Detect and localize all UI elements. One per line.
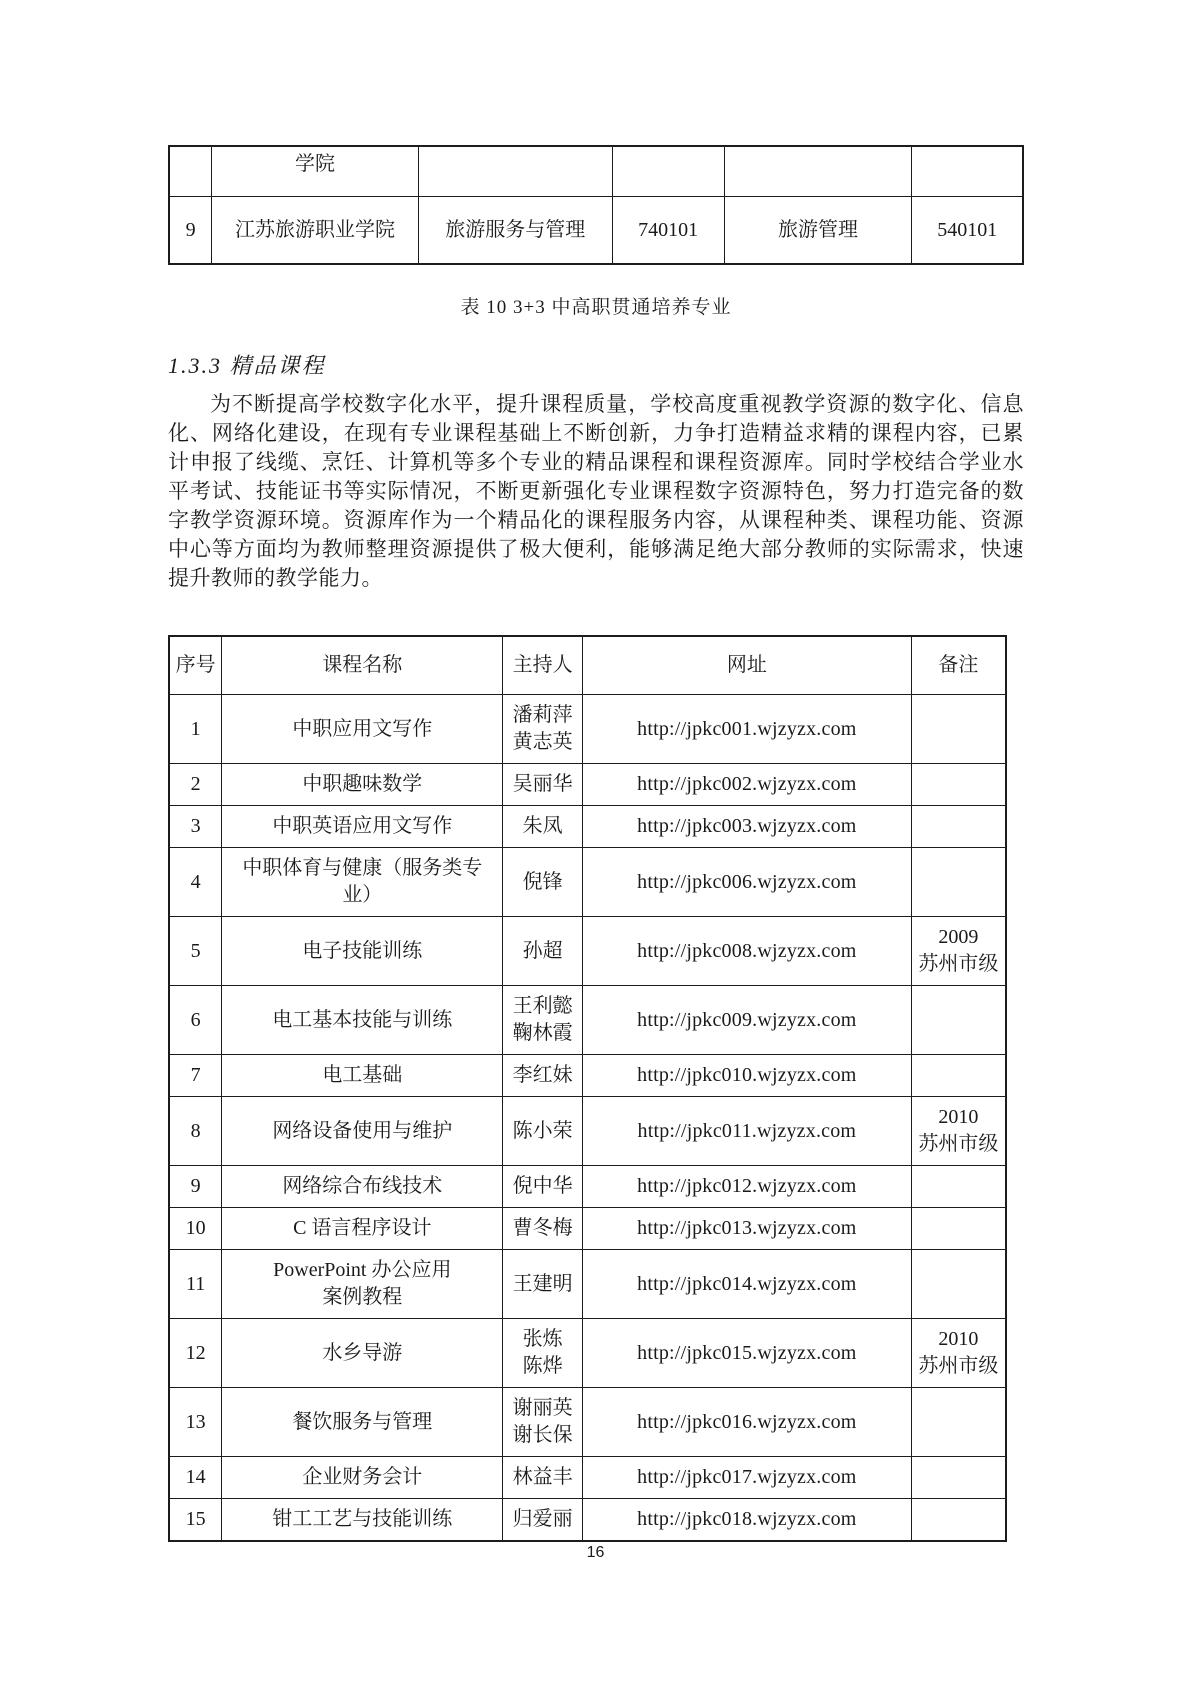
cell-remark bbox=[911, 1499, 1006, 1542]
cell-name: 中职英语应用文写作 bbox=[222, 806, 503, 848]
cell-no: 14 bbox=[169, 1457, 222, 1499]
cell-url: http://jpkc002.wjzyzx.com bbox=[582, 764, 911, 806]
cell-url: http://jpkc014.wjzyzx.com bbox=[582, 1250, 911, 1319]
cell-host: 朱凤 bbox=[503, 806, 583, 848]
cell-name: 电工基本技能与训练 bbox=[222, 986, 503, 1055]
cell-url: http://jpkc017.wjzyzx.com bbox=[582, 1457, 911, 1499]
table-row: 5 电子技能训练 孙超 http://jpkc008.wjzyzx.com 20… bbox=[169, 917, 1006, 986]
table-row: 15 钳工工艺与技能训练 归爱丽 http://jpkc018.wjzyzx.c… bbox=[169, 1499, 1006, 1542]
column-header-name: 课程名称 bbox=[222, 636, 503, 695]
cell-name: 网络综合布线技术 bbox=[222, 1166, 503, 1208]
cell-name: PowerPoint 办公应用 案例教程 bbox=[222, 1250, 503, 1319]
cell-no: 6 bbox=[169, 986, 222, 1055]
document-page: 学院 9 江苏旅游职业学院 旅游服务与管理 740101 旅游管理 540101… bbox=[0, 0, 1191, 1684]
cell-host: 王建明 bbox=[503, 1250, 583, 1319]
cell-host: 孙超 bbox=[503, 917, 583, 986]
cell-host: 倪中华 bbox=[503, 1166, 583, 1208]
table-cell bbox=[724, 146, 912, 197]
cell-host: 谢丽英 谢长保 bbox=[503, 1388, 583, 1457]
cell-name: C 语言程序设计 bbox=[222, 1208, 503, 1250]
cell-remark bbox=[911, 806, 1006, 848]
table-row: 3 中职英语应用文写作 朱凤 http://jpkc003.wjzyzx.com bbox=[169, 806, 1006, 848]
table-cell: 9 bbox=[169, 197, 212, 265]
table-row: 11 PowerPoint 办公应用 案例教程 王建明 http://jpkc0… bbox=[169, 1250, 1006, 1319]
cell-no: 8 bbox=[169, 1097, 222, 1166]
cell-remark bbox=[911, 695, 1006, 764]
cell-no: 3 bbox=[169, 806, 222, 848]
column-header-no: 序号 bbox=[169, 636, 222, 695]
cell-no: 11 bbox=[169, 1250, 222, 1319]
cell-no: 5 bbox=[169, 917, 222, 986]
cell-remark: 2010 苏州市级 bbox=[911, 1097, 1006, 1166]
table-row: 7 电工基础 李红妹 http://jpkc010.wjzyzx.com bbox=[169, 1055, 1006, 1097]
cell-url: http://jpkc008.wjzyzx.com bbox=[582, 917, 911, 986]
table-row: 6 电工基本技能与训练 王利懿 鞠林霞 http://jpkc009.wjzyz… bbox=[169, 986, 1006, 1055]
column-header-remark: 备注 bbox=[911, 636, 1006, 695]
cell-url: http://jpkc006.wjzyzx.com bbox=[582, 848, 911, 917]
cell-name: 中职应用文写作 bbox=[222, 695, 503, 764]
cell-name: 电工基础 bbox=[222, 1055, 503, 1097]
cell-url: http://jpkc003.wjzyzx.com bbox=[582, 806, 911, 848]
cell-no: 7 bbox=[169, 1055, 222, 1097]
cell-name: 水乡导游 bbox=[222, 1319, 503, 1388]
cell-host: 潘莉萍 黄志英 bbox=[503, 695, 583, 764]
cell-remark bbox=[911, 764, 1006, 806]
cell-remark: 2010 苏州市级 bbox=[911, 1319, 1006, 1388]
cell-host: 归爱丽 bbox=[503, 1499, 583, 1542]
table-row: 8 网络设备使用与维护 陈小荣 http://jpkc011.wjzyzx.co… bbox=[169, 1097, 1006, 1166]
table-cell: 740101 bbox=[612, 197, 724, 265]
table-row: 9 网络综合布线技术 倪中华 http://jpkc012.wjzyzx.com bbox=[169, 1166, 1006, 1208]
cell-host: 王利懿 鞠林霞 bbox=[503, 986, 583, 1055]
cell-name: 中职体育与健康（服务类专 业） bbox=[222, 848, 503, 917]
cell-name: 企业财务会计 bbox=[222, 1457, 503, 1499]
cell-host: 陈小荣 bbox=[503, 1097, 583, 1166]
cell-url: http://jpkc016.wjzyzx.com bbox=[582, 1388, 911, 1457]
table-cell: 旅游管理 bbox=[724, 197, 912, 265]
table-row: 13 餐饮服务与管理 谢丽英 谢长保 http://jpkc016.wjzyzx… bbox=[169, 1388, 1006, 1457]
cell-remark bbox=[911, 1166, 1006, 1208]
cell-name: 钳工工艺与技能训练 bbox=[222, 1499, 503, 1542]
cell-no: 1 bbox=[169, 695, 222, 764]
table-row: 1 中职应用文写作 潘莉萍 黄志英 http://jpkc001.wjzyzx.… bbox=[169, 695, 1006, 764]
cell-url: http://jpkc001.wjzyzx.com bbox=[582, 695, 911, 764]
cell-remark bbox=[911, 986, 1006, 1055]
cell-host: 李红妹 bbox=[503, 1055, 583, 1097]
cell-url: http://jpkc010.wjzyzx.com bbox=[582, 1055, 911, 1097]
table-cell: 江苏旅游职业学院 bbox=[212, 197, 419, 265]
cell-name: 餐饮服务与管理 bbox=[222, 1388, 503, 1457]
table-row: 14 企业财务会计 林益丰 http://jpkc017.wjzyzx.com bbox=[169, 1457, 1006, 1499]
page-number: 16 bbox=[0, 1544, 1191, 1562]
cell-host: 林益丰 bbox=[503, 1457, 583, 1499]
majors-table-continuation: 学院 9 江苏旅游职业学院 旅游服务与管理 740101 旅游管理 540101 bbox=[168, 145, 1024, 265]
cell-no: 13 bbox=[169, 1388, 222, 1457]
table-row: 4 中职体育与健康（服务类专 业） 倪锋 http://jpkc006.wjzy… bbox=[169, 848, 1006, 917]
cell-no: 2 bbox=[169, 764, 222, 806]
cell-name: 电子技能训练 bbox=[222, 917, 503, 986]
cell-no: 15 bbox=[169, 1499, 222, 1542]
cell-remark bbox=[911, 1055, 1006, 1097]
courses-table-body: 1 中职应用文写作 潘莉萍 黄志英 http://jpkc001.wjzyzx.… bbox=[169, 695, 1006, 1542]
cell-remark: 2009 苏州市级 bbox=[911, 917, 1006, 986]
cell-url: http://jpkc009.wjzyzx.com bbox=[582, 986, 911, 1055]
cell-host: 吴丽华 bbox=[503, 764, 583, 806]
cell-no: 10 bbox=[169, 1208, 222, 1250]
cell-remark bbox=[911, 1457, 1006, 1499]
cell-no: 12 bbox=[169, 1319, 222, 1388]
courses-table-header-row: 序号 课程名称 主持人 网址 备注 bbox=[169, 636, 1006, 695]
table-row: 10 C 语言程序设计 曹冬梅 http://jpkc013.wjzyzx.co… bbox=[169, 1208, 1006, 1250]
cell-remark bbox=[911, 848, 1006, 917]
cell-url: http://jpkc012.wjzyzx.com bbox=[582, 1166, 911, 1208]
cell-url: http://jpkc018.wjzyzx.com bbox=[582, 1499, 911, 1542]
table-row: 9 江苏旅游职业学院 旅游服务与管理 740101 旅游管理 540101 bbox=[169, 197, 1023, 265]
page-content: 学院 9 江苏旅游职业学院 旅游服务与管理 740101 旅游管理 540101… bbox=[168, 145, 1024, 1542]
table-cell bbox=[612, 146, 724, 197]
cell-no: 9 bbox=[169, 1166, 222, 1208]
table-cell: 学院 bbox=[212, 146, 419, 197]
cell-name: 网络设备使用与维护 bbox=[222, 1097, 503, 1166]
cell-no: 4 bbox=[169, 848, 222, 917]
cell-remark bbox=[911, 1208, 1006, 1250]
cell-remark bbox=[911, 1388, 1006, 1457]
cell-host: 张炼 陈烨 bbox=[503, 1319, 583, 1388]
table-cell bbox=[169, 146, 212, 197]
body-paragraph: 为不断提高学校数字化水平，提升课程质量，学校高度重视教学资源的数字化、信息化、网… bbox=[168, 390, 1024, 593]
table-cell bbox=[418, 146, 612, 197]
table-cell bbox=[912, 146, 1023, 197]
cell-url: http://jpkc015.wjzyzx.com bbox=[582, 1319, 911, 1388]
table-row: 12 水乡导游 张炼 陈烨 http://jpkc015.wjzyzx.com … bbox=[169, 1319, 1006, 1388]
cell-host: 曹冬梅 bbox=[503, 1208, 583, 1250]
table-cell: 540101 bbox=[912, 197, 1023, 265]
cell-host: 倪锋 bbox=[503, 848, 583, 917]
column-header-url: 网址 bbox=[582, 636, 911, 695]
table-row: 学院 bbox=[169, 146, 1023, 197]
table-row: 2 中职趣味数学 吴丽华 http://jpkc002.wjzyzx.com bbox=[169, 764, 1006, 806]
table-cell: 旅游服务与管理 bbox=[418, 197, 612, 265]
cell-remark bbox=[911, 1250, 1006, 1319]
courses-table: 序号 课程名称 主持人 网址 备注 1 中职应用文写作 潘莉萍 黄志英 http… bbox=[168, 635, 1007, 1542]
cell-url: http://jpkc011.wjzyzx.com bbox=[582, 1097, 911, 1166]
column-header-host: 主持人 bbox=[503, 636, 583, 695]
cell-url: http://jpkc013.wjzyzx.com bbox=[582, 1208, 911, 1250]
section-heading: 1.3.3 精品课程 bbox=[168, 349, 1024, 380]
table-caption: 表 10 3+3 中高职贯通培养专业 bbox=[168, 292, 1024, 319]
cell-name: 中职趣味数学 bbox=[222, 764, 503, 806]
